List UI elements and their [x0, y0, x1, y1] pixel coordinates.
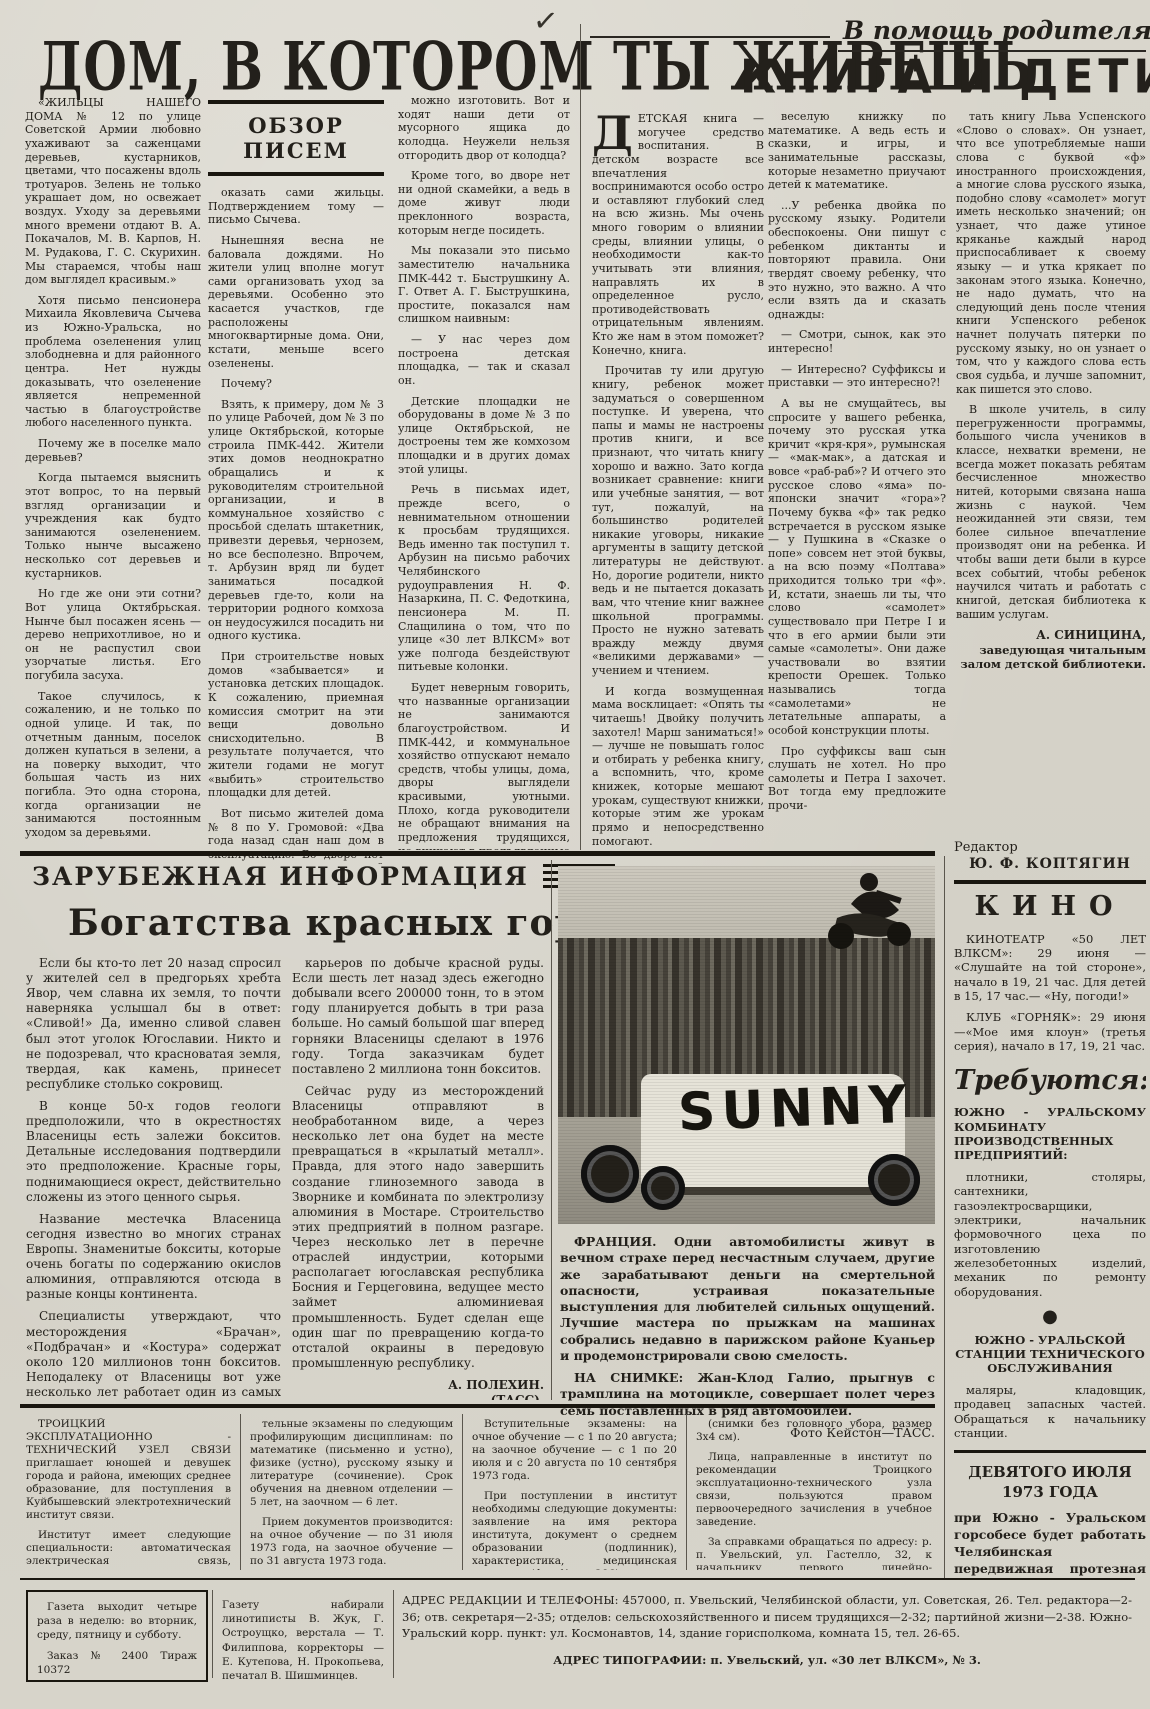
paragraph: Прочитав ту или другую книгу, ребенок мо… — [592, 364, 764, 677]
printing-house-address: АДРЕС ТИПОГРАФИИ: п. Увельский, ул. «30 … — [402, 1652, 1132, 1669]
editor-label: Редактор — [954, 840, 1146, 856]
kniga-column-1: ДЕТСКАЯ книга — могучее средство воспита… — [592, 112, 764, 850]
paragraph: Речь в письмах идет, прежде всего, о нев… — [398, 483, 570, 674]
photo-grain-overlay — [558, 866, 935, 1224]
paragraph: веселую книжку по математике. А ведь ест… — [768, 110, 946, 192]
paragraph: Взять, к примеру, дом № 3 по улице Рабоч… — [208, 398, 384, 643]
letters-review-header: ОБЗОР ПИСЕМ — [208, 100, 384, 176]
paragraph: В конце 50-х годов геологи предположили,… — [26, 1099, 281, 1205]
cinema-listing: КЛУБ «ГОРНЯК»: 29 июня—«Мое имя клоун» (… — [954, 1010, 1146, 1053]
prosthetics-notice: ДЕВЯТОГО ИЮЛЯ 1973 ГОДА при Южно - Ураль… — [954, 1450, 1146, 1578]
editor-rule — [954, 880, 1146, 884]
footer-line: Заказ № 2400 Тираж 10372 — [37, 1649, 197, 1677]
paragraph: — У нас через дом построена детская площ… — [398, 333, 570, 388]
kniga-column-2: веселую книжку по математике. А ведь ест… — [768, 110, 946, 850]
motorcycle-jump-photo: SUNNY — [558, 866, 935, 1224]
paragraph: Когда пытаемся выяснить этот вопрос, то … — [25, 471, 201, 580]
paragraph: — Интересно? Суффиксы и приставки — это … — [768, 363, 946, 390]
paragraph: оказать сами жильцы. Подтверждением тому… — [208, 186, 384, 227]
paragraph: За справками обращаться по адресу: р. п.… — [696, 1536, 932, 1570]
kniga-column-3: тать книгу Льва Успенского «Слово о слов… — [956, 110, 1146, 826]
ad-column-divider — [686, 1414, 687, 1570]
kniga-signature: А. СИНИЦИНА, — [956, 628, 1146, 643]
paragraph: Вступительные экзамены: на очное обучени… — [472, 1418, 677, 1483]
paragraph: При поступлении в институт необходимы сл… — [472, 1490, 677, 1570]
footer-line: Газета выходит четыре раза в неделю: во … — [37, 1600, 197, 1643]
paragraph: Будет неверным говорить, что названные о… — [398, 681, 570, 850]
home-article-column-2: ОБЗОР ПИСЕМ оказать сами жильцы. Подтвер… — [208, 100, 384, 864]
paragraph: И когда возмущенная мама восклицает: «Оп… — [592, 685, 764, 849]
paragraph: Мы показали это письмо заместителю начал… — [398, 244, 570, 326]
paragraph: Сейчас руду из месторождений Власеницы о… — [292, 1084, 544, 1371]
column-divider — [580, 24, 581, 850]
paragraph: Прием документов производится: на очное … — [250, 1516, 453, 1568]
ad-column-divider — [462, 1414, 463, 1570]
paragraph: Но где же они эти сотни? Вот улица Октяб… — [25, 587, 201, 682]
photo-divider — [551, 860, 552, 1400]
footer-publication-box: Газета выходит четыре раза в неделю: во … — [26, 1590, 208, 1682]
foreign-agency: (ТАСС). — [292, 1393, 544, 1400]
paragraph: Кроме того, во дворе нет ни одной скамей… — [398, 169, 570, 237]
wanted-positions-2: маляры, кладовщик, продавец запасных час… — [954, 1383, 1146, 1441]
right-column-divider — [944, 856, 945, 1578]
newspaper-page: ✓ ДОМ, В КОТОРОМ ТЫ ЖИВЕШЬ «ЖИЛЬЦЫ НАШЕГ… — [0, 0, 1150, 1709]
paragraph: Но ведь большую помощь в этом отношении … — [25, 847, 201, 849]
footer-rule — [20, 1578, 1135, 1580]
paragraph: Хотя письмо пенсионера Михаила Яковлевич… — [25, 294, 201, 430]
kicker-rule — [590, 36, 830, 38]
section-rule — [20, 851, 935, 856]
home-article-column-1: «ЖИЛЬЦЫ НАШЕГО ДОМА № 12 по улице Советс… — [25, 96, 201, 848]
drop-cap: Д — [592, 116, 633, 152]
paragraph: карьеров по добыче красной руды. Если ше… — [292, 956, 544, 1077]
section-kicker: В помощь родителям — [843, 16, 1150, 45]
editor-block: Редактор Ю. Ф. КОПТЯГИН — [954, 840, 1146, 874]
footer-staff-box: Газету набирали линотиписты В. Жук, Г. О… — [212, 1590, 394, 1678]
paragraph: «ЖИЛЬЦЫ НАШЕГО ДОМА № 12 по улице Советс… — [25, 96, 201, 287]
editorial-address: АДРЕС РЕДАКЦИИ И ТЕЛЕФОНЫ: 457000, п. Ув… — [402, 1592, 1132, 1642]
foreign-column-1: Если бы кто-то лет 20 назад спросил у жи… — [26, 956, 281, 1400]
photo-caption: ФРАНЦИЯ. Одни автомобилисты живут в вечн… — [560, 1234, 935, 1441]
service-column: Редактор Ю. Ф. КОПТЯГИН КИНО КИНОТЕАТР «… — [954, 840, 1146, 1578]
paragraph: Детские площадки не оборудованы в доме №… — [398, 395, 570, 477]
foreign-column-2: карьеров по добыче красной руды. Если ше… — [292, 956, 544, 1400]
kniga-signature-role: заведующая читальным залом детской библи… — [956, 643, 1146, 672]
notice-text: при Южно - Уральском горсобесе будет раб… — [954, 1510, 1146, 1578]
paragraph: Если бы кто-то лет 20 назад спросил у жи… — [26, 956, 281, 1092]
paragraph: При строительстве новых домов «забываетс… — [208, 650, 384, 800]
paragraph: Почему же в поселке мало деревьев? — [25, 437, 201, 464]
paragraph: Название местечка Власеница сегодня изве… — [26, 1212, 281, 1303]
wanted-positions-1: плотники, столяры, сантехники, газоэлект… — [954, 1170, 1146, 1299]
home-article-column-3: можно изготовить. Вот и ходят наши дети … — [398, 94, 570, 850]
institute-ad-column-3: Вступительные экзамены: на очное обучени… — [472, 1418, 677, 1570]
paragraph: Специалисты утверждают, что месторождени… — [26, 1309, 281, 1400]
institute-ad-column-2: тельные экзамены по следующим профилирую… — [250, 1418, 453, 1570]
foreign-section-header: ЗАРУБЕЖНАЯ ИНФОРМАЦИЯ — [32, 862, 615, 891]
institute-ad-column-1: ТРОИЦКИЙ ЭКСПЛУАТАЦИОННО - ТЕХНИЧЕСКИЙ У… — [26, 1418, 231, 1570]
paragraph: Такое случилось, к сожалению, и не тольк… — [25, 690, 201, 840]
paragraph: ТРОИЦКИЙ ЭКСПЛУАТАЦИОННО - ТЕХНИЧЕСКИЙ У… — [26, 1418, 231, 1522]
foreign-section-title: ЗАРУБЕЖНАЯ ИНФОРМАЦИЯ — [32, 862, 529, 891]
notice-date-line1: ДЕВЯТОГО ИЮЛЯ — [954, 1463, 1146, 1483]
wanted-employer-2: ЮЖНО - УРАЛЬСКОЙ СТАНЦИИ ТЕХНИЧЕСКОГО ОБ… — [954, 1333, 1146, 1376]
paragraph: Институт имеет следующие специальности: … — [26, 1529, 231, 1570]
paragraph: Лица, направленные в институт по рекомен… — [696, 1451, 932, 1529]
ad-column-divider — [240, 1414, 241, 1570]
paragraph: А вы не смущайтесь, вы спросите у вашего… — [768, 397, 946, 738]
wanted-employer-1: ЮЖНО - УРАЛЬСКОМУ КОМБИНАТУ ПРОИЗВОДСТВЕ… — [954, 1105, 1146, 1163]
cinema-listing: КИНОТЕАТР «50 ЛЕТ ВЛКСМ»: 29 июня — «Слу… — [954, 932, 1146, 1004]
institute-ad-column-4: (снимки без головного убора, размер 3х4 … — [696, 1418, 932, 1570]
cinema-title: КИНО — [954, 890, 1146, 924]
kniga-title: КНИГА И ДЕТИ — [740, 51, 1150, 105]
paragraph: Про суффиксы ваш сын слушать не хотел. Н… — [768, 745, 946, 813]
paragraph: ...У ребенка двойка по русскому языку. Р… — [768, 199, 946, 322]
ads-section-rule — [20, 1404, 935, 1408]
wanted-title: Требуются: — [954, 1064, 1146, 1098]
paragraph: (снимки без головного убора, размер 3х4 … — [696, 1418, 932, 1444]
paragraph: тельные экзамены по следующим профилирую… — [250, 1418, 453, 1509]
paragraph: тать книгу Льва Успенского «Слово о слов… — [956, 110, 1146, 396]
editor-name: Ю. Ф. КОПТЯГИН — [954, 856, 1146, 874]
foreign-signature: А. ПОЛЕХИН. — [292, 1378, 544, 1393]
paragraph: — Смотри, сынок, как это интересно! — [768, 328, 946, 355]
foreign-article-title: Богатства красных гор — [68, 902, 581, 944]
paragraph: можно изготовить. Вот и ходят наши дети … — [398, 94, 570, 162]
bullet-separator: ● — [954, 1306, 1146, 1329]
notice-date-line2: 1973 ГОДА — [954, 1483, 1146, 1503]
paragraph: Нынешняя весна не баловала дождями. Но ж… — [208, 234, 384, 370]
caption-paragraph: НА СНИМКЕ: Жан-Клод Галио, прыгнув с тра… — [560, 1370, 935, 1419]
paragraph: Почему? — [208, 377, 384, 391]
footer-staff-text: Газету набирали линотиписты В. Жук, Г. О… — [222, 1599, 384, 1682]
lead-paragraph: ДЕТСКАЯ книга — могучее средство воспита… — [592, 112, 764, 357]
caption-paragraph: ФРАНЦИЯ. Одни автомобилисты живут в вечн… — [560, 1234, 935, 1364]
footer-address-block: АДРЕС РЕДАКЦИИ И ТЕЛЕФОНЫ: 457000, п. Ув… — [402, 1592, 1132, 1669]
paragraph: В школе учитель, в силу перегруженности … — [956, 403, 1146, 621]
home-article-column-2-text: оказать сами жильцы. Подтверждением тому… — [208, 186, 384, 864]
